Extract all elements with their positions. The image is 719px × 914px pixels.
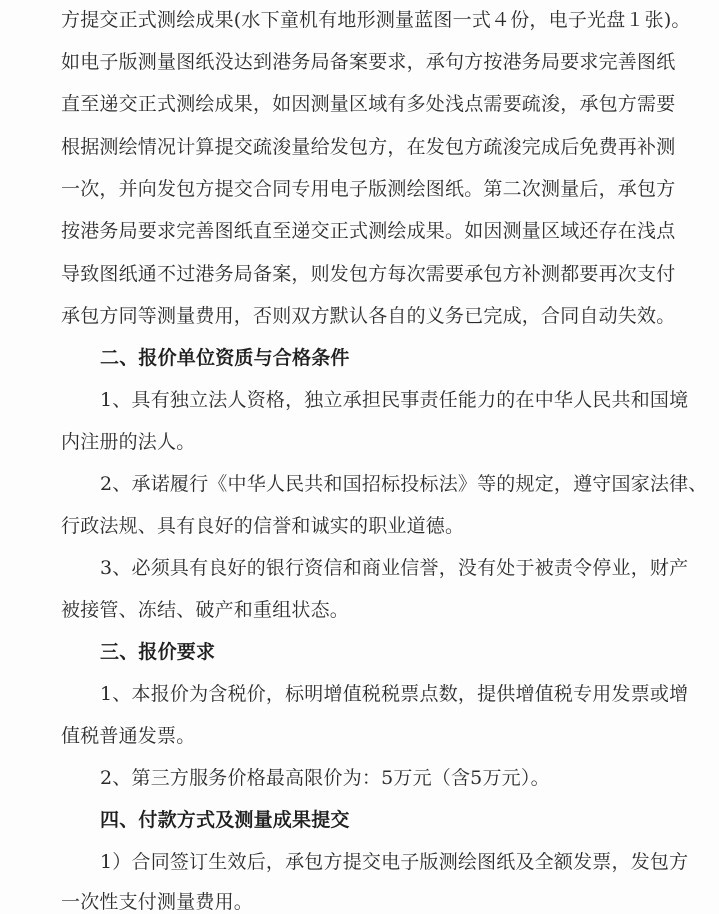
payment-item-1-cont: 一次性支付测量费用。 xyxy=(61,890,253,914)
body-text-line: 如电子版测量图纸没达到港务局备案要求，承句方按港务局要求完善图纸 xyxy=(61,50,675,74)
qualification-item-1: 1、具有独立法人资格，独立承担民事责任能力的在中华人民共和国境 xyxy=(100,388,688,412)
qualification-item-3: 3、必须具有良好的银行资信和商业信誉，没有处于被责令停业，财产 xyxy=(100,556,688,580)
body-text-line: 承包方同等测量费用，否则双方默认各自的义务已完成，合同自动失效。 xyxy=(61,304,675,328)
quote-item-1: 1、本报价为含税价，标明增值税税票点数，提供增值税专用发票或增 xyxy=(100,682,688,706)
section-heading-qualifications: 二、报价单位资质与合格条件 xyxy=(100,346,350,370)
quote-item-2: 2、第三方服务价格最高限价为：5万元（含5万元）。 xyxy=(100,766,550,790)
body-text-line: 按港务局要求完善图纸直至递交正式测绘成果。如因测量区域还存在浅点 xyxy=(61,219,675,243)
body-text-line: 一次，并向发包方提交合同专用电子版测绘图纸。第二次测量后，承包方 xyxy=(61,177,675,201)
body-text-line: 根据测绘情况计算提交疏浚量给发包方，在发包方疏浚完成后免费再补测 xyxy=(61,135,675,159)
body-text-line: 直至递交正式测绘成果，如因测量区域有多处浅点需要疏浚，承包方需要 xyxy=(61,92,675,116)
body-text-line: 导致图纸通不过港务局备案，则发包方每次需要承包方补测都要再次支付 xyxy=(61,262,675,286)
payment-item-1: 1）合同签订生效后，承包方提交电子版测绘图纸及全额发票，发包方 xyxy=(100,850,688,874)
qualification-item-1-cont: 内注册的法人。 xyxy=(61,430,195,454)
quote-item-1-cont: 值税普通发票。 xyxy=(61,724,195,748)
qualification-item-2-cont: 行政法规、具有良好的信誉和诚实的职业道德。 xyxy=(61,514,464,538)
qualification-item-3-cont: 被接管、冻结、破产和重组状态。 xyxy=(61,598,349,622)
body-text-line: 方提交正式测绘成果(水下童机有地形测量蓝图一式４份，电子光盘１张)。 xyxy=(61,8,691,32)
document-page: 方提交正式测绘成果(水下童机有地形测量蓝图一式４份，电子光盘１张)。 如电子版测… xyxy=(0,0,719,914)
section-heading-quote-requirements: 三、报价要求 xyxy=(100,640,215,664)
qualification-item-2: 2、承诺履行《中华人民共和国招标投标法》等的规定，遵守国家法律、 xyxy=(100,472,708,496)
section-heading-payment: 四、付款方式及测量成果提交 xyxy=(100,808,350,832)
